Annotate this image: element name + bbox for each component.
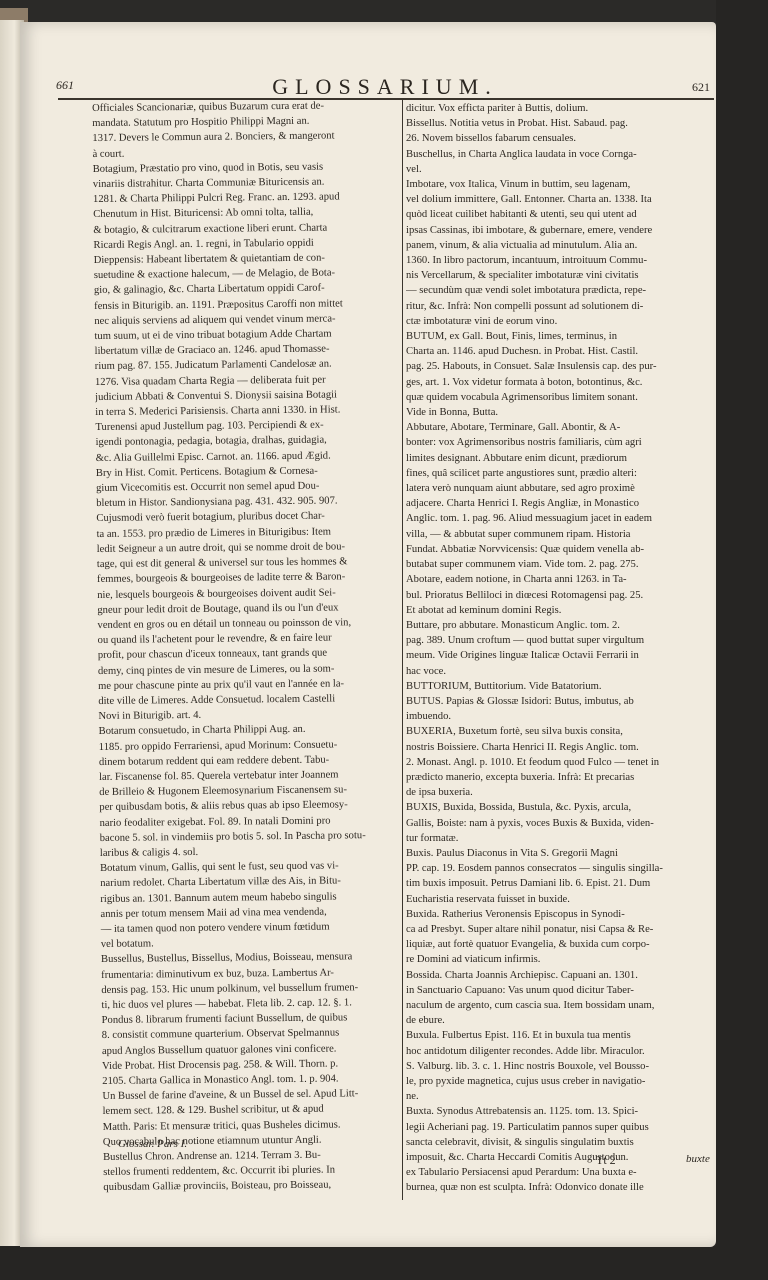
text-line: sancta celebravit, divisit, & singulis s… [406, 1135, 716, 1150]
right-text-column: dicitur. Vox efficta pariter à Buttis, d… [406, 101, 716, 1196]
text-line: adjacere. Charta Henrici I. Regis Angliæ… [406, 496, 716, 511]
text-line: ges, art. 1. Vox videtur formata à boton… [406, 375, 716, 390]
text-line: imposuit, &c. Charta Heccardi Comitis Au… [406, 1150, 716, 1165]
text-line: Abotare, eadem notione, in Charta anni 1… [406, 572, 716, 587]
text-line: ritur, &c. Infrà: Non compelli possunt a… [406, 299, 716, 314]
text-line: bonter: vox Agrimensoribus nostris famil… [406, 435, 716, 450]
footer-signature-note: Glossar. Pars I. [118, 1138, 187, 1150]
text-line: hac voce. [406, 664, 716, 679]
scan-background-bottom [0, 1246, 768, 1280]
column-divider [402, 100, 403, 1200]
text-line: imbuendo. [406, 709, 716, 724]
text-line: nis Vercellarum, & specialiter imbotatur… [406, 268, 716, 283]
scan-background-right [716, 0, 768, 1280]
text-line: Charta an. 1146. apud Duchesn. in Probat… [406, 344, 716, 359]
text-line: Imbotare, vox Italica, Vinum in buttim, … [406, 177, 716, 192]
page-title: GLOSSARIUM. [56, 74, 714, 100]
left-text-column: Officiales Scancionariæ, quibus Buzarum … [92, 98, 413, 1196]
text-line: ne. [406, 1089, 716, 1104]
text-line: liquiæ, aut fortè quatuor Evangelia, & b… [406, 937, 716, 952]
text-line: BUTUM, ex Gall. Bout, Finis, limes, term… [406, 329, 716, 344]
text-line: Buxta. Synodus Attrebatensis an. 1125. t… [406, 1104, 716, 1119]
text-line: hoc antidotum diligenter recondes. Adde … [406, 1044, 716, 1059]
text-line: Fundat. Abbatiæ Norvvicensis: Quæ quidem… [406, 542, 716, 557]
text-line: de ipsa buxeria. [406, 785, 716, 800]
text-line: S. Valburg. lib. 3. c. 1. Hinc nostris B… [406, 1059, 716, 1074]
text-line: in Sanctuario Capuano: Vas unum quod dic… [406, 983, 716, 998]
text-line: Buxula. Fulbertus Epist. 116. Et in buxu… [406, 1028, 716, 1043]
text-line: latera verò nunquam aiunt abbutare, sed … [406, 481, 716, 496]
folio-right: 621 [692, 80, 710, 95]
text-line: burnea, quæ non est sculpta. Infrà: Odon… [406, 1180, 716, 1195]
text-line: PP. cap. 19. Eosdem pannos consecratos —… [406, 861, 716, 876]
text-line: naculum de argento, cum cascia sua. Item… [406, 998, 716, 1013]
text-line: Eucharistia reservata fuisset in buxide. [406, 892, 716, 907]
text-line: dicitur. Vox efficta pariter à Buttis, d… [406, 101, 716, 116]
text-line: de ebure. [406, 1013, 716, 1028]
text-line: villa, — & abbutat super communem ripam.… [406, 527, 716, 542]
text-line: Bossida. Charta Joannis Archiepisc. Capu… [406, 968, 716, 983]
text-line: panem, vinum, & alia victualia ad minutu… [406, 238, 716, 253]
text-line: 1360. In libro pactorum, incantuum, intr… [406, 253, 716, 268]
text-line: vel. [406, 162, 716, 177]
catchword: buxte [686, 1153, 710, 1165]
text-line: meum. Vide Origines linguæ Italicæ Octav… [406, 648, 716, 663]
text-line: le, pro pyxide magnetica, cujus usus cre… [406, 1074, 716, 1089]
text-line: Buschellus, in Charta Anglica laudata in… [406, 147, 716, 162]
text-line: BUXIS, Buxida, Bossida, Bustula, &c. Pyx… [406, 800, 716, 815]
text-line: BUXERIA, Buxetum fortè, seu silva buxis … [406, 724, 716, 739]
text-line: fines, quâ scilicet parte angustiores su… [406, 466, 716, 481]
text-line: Bissellus. Notitia vetus in Probat. Hist… [406, 116, 716, 131]
text-line: Abbutare, Abotare, Terminare, Gall. Abon… [406, 420, 716, 435]
text-line: legii Acheriani pag. 19. Particulatim pa… [406, 1120, 716, 1135]
text-line: prædicto manerio, excepta buxeria. Infrà… [406, 770, 716, 785]
text-line: Anglic. tom. 1. pag. 96. Aliud messuagiu… [406, 511, 716, 526]
text-line: ipsas Cassinas, ibi imbotare, & gubernar… [406, 223, 716, 238]
text-line: BUTUS. Papias & Glossæ Isidori: Butus, i… [406, 694, 716, 709]
text-line: ca ad Presbyt. Super altare nihil ponatu… [406, 922, 716, 937]
text-line: Gallis, Boiste: nam à pyxis, voces Buxis… [406, 816, 716, 831]
running-head: 661 GLOSSARIUM. 621 [56, 74, 714, 98]
text-line: bul. Prioratus Belliloci in diœcesi Roto… [406, 588, 716, 603]
text-line: quòd liceat cuilibet habitanti & utenti,… [406, 207, 716, 222]
text-line: tur formatæ. [406, 831, 716, 846]
text-line: Vide in Bonna, Butta. [406, 405, 716, 420]
signature-mark: Tt 2 [596, 1153, 616, 1168]
text-line: Buxida. Ratherius Veronensis Episcopus i… [406, 907, 716, 922]
text-line: bacone 5. sol. in vindemiis pro botis 5.… [100, 827, 410, 845]
text-line: tim buxis imposuit. Petrus Damiani lib. … [406, 876, 716, 891]
text-line: BUTTORIUM, Buttitorium. Vide Batatorium. [406, 679, 716, 694]
text-line: 26. Novem bissellos fabarum censuales. [406, 131, 716, 146]
text-line: re Domini ad viaticum infirmis. [406, 952, 716, 967]
text-line: Buxis. Paulus Diaconus in Vita S. Gregor… [406, 846, 716, 861]
text-line: butabat super communem viam. Vide tom. 2… [406, 557, 716, 572]
text-line: vel dolium immittere, Gall. Entonner. Ch… [406, 192, 716, 207]
text-line: pag. 25. Habouts, in Consuet. Salæ Insul… [406, 359, 716, 374]
text-line: 2. Monast. Angl. p. 1010. Et feodum quod… [406, 755, 716, 770]
text-line: quibusdam Galliæ provinciis, Boisteau, p… [103, 1177, 413, 1195]
text-line: Buttare, pro abbutare. Monasticum Anglic… [406, 618, 716, 633]
text-line: nostris Boissiere. Charta Henrici II. Re… [406, 740, 716, 755]
text-line: pag. 389. Unum croftum — quod buttat sup… [406, 633, 716, 648]
text-line: ctæ imbotaturæ vini de eorum vino. [406, 314, 716, 329]
text-line: — secundùm quæ vendi solet imbotatura pr… [406, 283, 716, 298]
text-line: ex Tabulario Persiacensi apud Perardum: … [406, 1165, 716, 1180]
text-line: Et abotat ad keminum domini Regis. [406, 603, 716, 618]
text-line: limites designant. Abbutare enim dicunt,… [406, 451, 716, 466]
text-line: quæ quidem vocabula Agrimensoribus limit… [406, 390, 716, 405]
